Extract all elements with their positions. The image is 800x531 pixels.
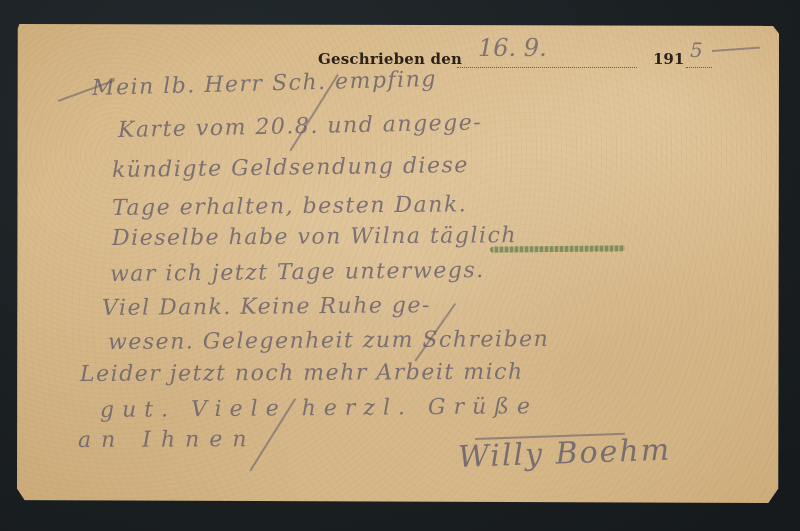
handwritten-line-10: gut. Viele herzl. Grüße [100,394,538,423]
date-dotted-line [457,67,637,68]
handwritten-line-11: an Ihnen [78,427,257,453]
handwritten-line-4: Tage erhalten, besten Dank. [112,192,467,221]
handwritten-line-9: Leider jetzt noch mehr Arbeit mich [80,360,524,387]
signature: Willy Boehm [457,433,671,475]
handwritten-year: 5 [690,38,703,62]
handwritten-line-6: war ich jetzt Tage unterwegs. [110,258,485,287]
printed-year-prefix: 191 [653,50,684,68]
printed-date-label: Geschrieben den [318,50,462,68]
handwritten-line-7: Viel Dank. Keine Ruhe ge- [102,293,431,321]
handwritten-date: 16. 9. [478,34,547,62]
handwritten-line-8: wesen. Gelegenheit zum Schreiben [108,327,549,355]
handwritten-line-3: kündigte Geldsendung diese [112,153,469,183]
year-dotted-line [686,67,712,68]
handwritten-line-5: Dieselbe habe von Wilna täglich [112,223,517,251]
